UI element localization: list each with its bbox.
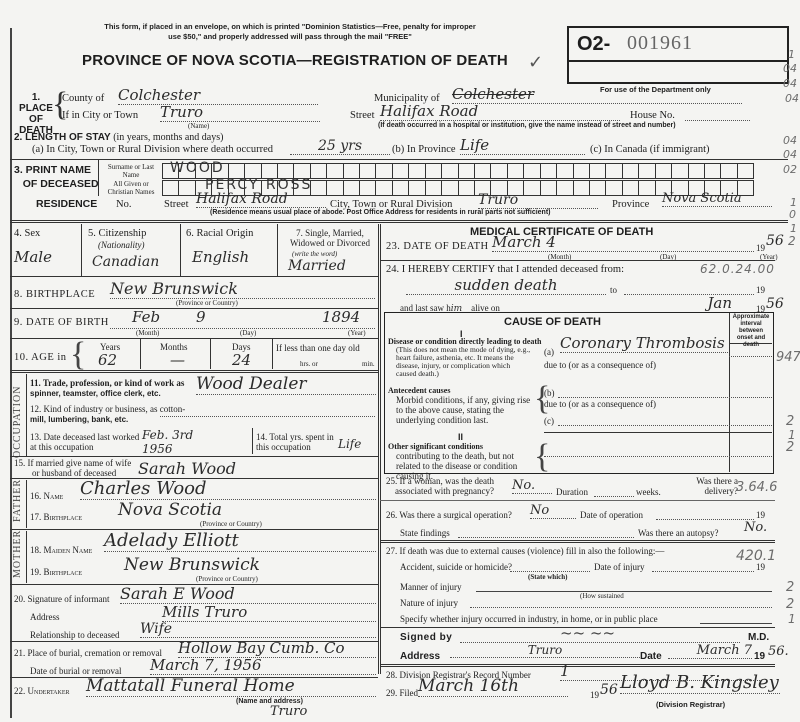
burial-date-value: March 7, 1956 (150, 656, 376, 675)
due-to-label: due to (or as a consequence of) (544, 360, 656, 370)
divider (544, 432, 772, 433)
burial-date-label: Date of burial or removal (30, 666, 121, 676)
q25-sub: associated with pregnancy? (395, 486, 494, 496)
father-birthplace-caption: (Province or Country) (200, 520, 262, 528)
q13-sub: at this occupation (30, 442, 93, 452)
mail-notice: This form, if placed in an envelope, on … (60, 22, 520, 42)
cause-of-death-title: CAUSE OF DEATH (504, 316, 601, 328)
city-label: If in City or Town (62, 110, 138, 121)
q26-value: No (530, 503, 576, 519)
divider (380, 500, 775, 501)
delivery-label: Was there a delivery? (684, 476, 738, 496)
father-birthplace-value: Nova Scotia (118, 500, 222, 520)
q11-label: 11. Trade, profession, or kind of work a… (30, 378, 184, 399)
q13-label: 13. Date deceased last workedat this occ… (30, 432, 139, 452)
date-of-operation-field (656, 519, 754, 520)
q15-title: 15. If married give name of wife (14, 458, 131, 468)
print-name-label: 3. PRINT NAME OF DECEASED (14, 163, 99, 191)
brace: { (70, 338, 86, 372)
given-names-label: All Given or Christian Names (102, 180, 160, 196)
q14-sub: this occupation (256, 442, 311, 452)
accident-field (510, 571, 590, 572)
cause-b-field (558, 397, 728, 398)
q14-label: 14. Total yrs. spent inthis occupation (256, 432, 334, 452)
divider (180, 224, 181, 276)
relationship-label: Relationship to deceased (30, 630, 119, 640)
physician-address-value: Truro (450, 643, 640, 658)
reg-prefix: O2- (577, 33, 610, 56)
date-of-injury-label: Date of injury (594, 562, 644, 572)
birthplace-caption: (Province or Country) (176, 299, 238, 307)
margin-code: 0 (789, 208, 796, 221)
mother-maiden-label: 18. Maiden Name (30, 545, 92, 555)
citizenship-value: Canadian (92, 254, 159, 270)
days-value: 24 (232, 351, 251, 369)
nineteen-label: 19 (756, 510, 765, 520)
antecedent-note: Morbid conditions, if any, giving rise t… (396, 395, 536, 425)
burial-place-label: 21. Place of burial, cremation or remova… (14, 648, 162, 658)
signed-by-label: Signed by (400, 632, 452, 643)
antecedent-label: Antecedent causes (388, 386, 450, 395)
last-saw-value: Jan (530, 294, 752, 313)
q25-title: 25. If a woman, was the death (386, 476, 494, 486)
q13-title: 13. Date deceased last worked (30, 432, 139, 442)
divider (210, 339, 211, 369)
date-of-death-value: March 4 (492, 233, 754, 252)
nature-of-injury-field (470, 607, 772, 608)
surname-label: Surname or Last Name (102, 163, 160, 179)
q12-label: 12. Kind of industry or business, as cot… (30, 404, 185, 425)
manner-of-injury-field (476, 591, 772, 592)
divider (729, 356, 772, 357)
q27-label: 27. If death was due to external causes … (386, 546, 664, 556)
physician-signature: ~~ ~~ (560, 624, 615, 642)
filed-label: 29. Filed (386, 688, 418, 698)
divider (26, 480, 27, 528)
state-which-caption: (State which) (528, 573, 567, 581)
md-label: M.D. (748, 632, 769, 643)
brace: { (534, 440, 550, 474)
q12-title: 12. Kind of industry or business, as cot… (30, 404, 185, 414)
stay-canada-label: (c) In Canada (if immigrant) (590, 144, 710, 155)
residence-city-value: Truro (478, 192, 598, 209)
injury-location-field (700, 623, 772, 624)
other-conditions-label: Other significant conditions (388, 442, 483, 451)
min-label: min. (362, 360, 375, 368)
certificate-date-label: Date (640, 651, 662, 662)
marital-status-label: 7. Single, Married, Widowed or Divorced (282, 228, 378, 248)
divider (729, 425, 772, 426)
date-of-death-label: 23. DATE OF DEATH (386, 241, 488, 252)
margin-code: 02 (783, 163, 797, 176)
margin-code: 04 (783, 77, 797, 90)
dob-label: 9. DATE OF BIRTH (14, 317, 109, 328)
mother-side-label: MOTHER (12, 534, 23, 578)
margin-code: 947 (776, 350, 800, 365)
department-box (567, 60, 789, 84)
duration-label: Duration (556, 487, 588, 497)
section-divider (10, 220, 788, 223)
years-value: 62 (98, 351, 117, 369)
house-no-field (685, 120, 750, 121)
divider (26, 374, 27, 456)
margin-code: 04 (785, 92, 799, 105)
racial-origin-value: English (192, 248, 249, 266)
certificate-date-value: March 7 (668, 643, 752, 659)
q14-value: Life (338, 437, 361, 451)
mail-notice-line2: use $50," and properly addressed will pa… (60, 32, 520, 42)
margin-code: 2 (788, 234, 796, 248)
informant-address-value: Mills Truro (162, 603, 376, 622)
q12-sub: mill, lumbering, bank, etc. (30, 415, 128, 424)
residence-province-value: Nova Scotia (662, 191, 772, 207)
informant-address-label: Address (30, 612, 60, 622)
informant-signature-value: Sarah E Wood (120, 584, 376, 604)
divider (81, 224, 82, 276)
residence-street-value: Halifax Road (196, 191, 326, 208)
month-caption: (Month) (136, 329, 159, 337)
mother-birthplace-value: New Brunswick (124, 555, 260, 575)
q26-label: 26. Was there a surgical operation? (386, 510, 512, 520)
length-of-stay-label: 2. LENGTH OF STAY (in years, months and … (14, 132, 223, 143)
pencil-code-delivery: 3.64.6 (736, 480, 777, 495)
margin-code: 04 (783, 148, 797, 161)
margin-code: 1 (788, 48, 795, 61)
margin-code: 2 (786, 580, 794, 595)
length-of-stay-note: (in years, months and days) (113, 132, 223, 143)
filed-value: March 16th (418, 676, 568, 697)
city-value: Truro (160, 103, 320, 122)
interval-column-divider (729, 313, 730, 472)
father-name-label: 16. Name (30, 491, 63, 501)
divider (10, 338, 378, 339)
divider (10, 456, 378, 457)
stay-province-value: Life (460, 136, 585, 155)
page-title: PROVINCE OF NOVA SCOTIA—REGISTRATION OF … (60, 52, 530, 69)
relationship-value: Wife (140, 621, 376, 638)
q11-sub: spinner, teamster, office clerk, etc. (30, 389, 161, 398)
margin-code: 1 (788, 612, 796, 626)
other-conditions-field (544, 456, 728, 457)
dob-day: 9 (196, 308, 206, 326)
county-label: County of (62, 93, 104, 104)
reg-number: 001961 (627, 32, 693, 55)
citizenship-label: 5. Citizenship (88, 228, 146, 239)
hospital-note: (If death occurred in a hospital or inst… (378, 122, 676, 129)
certify-label: 24. I HEREBY CERTIFY that I attended dec… (386, 264, 624, 275)
filed-year-prefix: 19 (590, 690, 599, 700)
cause-c-label: (c) (544, 416, 554, 426)
q14-title: 14. Total yrs. spent in (256, 432, 334, 442)
sex-value: Male (14, 248, 52, 266)
father-side-label: FATHER (12, 482, 23, 522)
undertaker-value: Mattatall Funeral Home (86, 676, 376, 697)
certificate-year: 56. (768, 644, 789, 659)
mother-maiden-value: Adelady Elliott (104, 530, 376, 552)
margin-code: 04 (783, 134, 797, 147)
length-of-stay-title: 2. LENGTH OF STAY (14, 132, 111, 143)
year-caption: (Year) (348, 329, 366, 337)
nineteen-label: 19 (756, 285, 765, 295)
certificate-year-prefix: 19 (754, 651, 765, 662)
racial-origin-label: 6. Racial Origin (186, 228, 253, 239)
street-value: Halifax Road (380, 102, 620, 121)
cause-b-label: (b) (544, 388, 555, 398)
father-birthplace-label: 17. Birthplace (30, 512, 82, 522)
accident-label: Accident, suicide or homicide? (400, 562, 512, 572)
cause-a-value: Coronary Thrombosis (560, 334, 728, 353)
divider (10, 159, 788, 160)
divider (140, 339, 141, 369)
injury-location-label: Specify whether injury occurred in indus… (400, 614, 658, 624)
residence-province-label: Province (612, 199, 649, 210)
attended-from-value: sudden death (406, 276, 606, 295)
divider (380, 540, 775, 543)
margin-code: 2 (786, 414, 794, 429)
registrar-caption: (Division Registrar) (656, 700, 725, 709)
divider (252, 428, 253, 454)
stay-province-label: (b) In Province (392, 144, 456, 155)
residence-street-label: Street (164, 199, 189, 210)
filed-year: 56 (600, 682, 618, 698)
undertaker-label: 22. Undertaker (14, 686, 70, 696)
informant-signature-label: 20. Signature of informant (14, 594, 109, 604)
left-border (10, 28, 12, 718)
check-mark: ✓ (528, 52, 543, 73)
margin-code: 04 (783, 62, 797, 75)
birthplace-label: 8. BIRTHPLACE (14, 289, 95, 300)
q11-title: 11. Trade, profession, or kind of work a… (30, 378, 184, 388)
divider (729, 456, 772, 457)
age-label: 10. AGE in (14, 352, 67, 363)
date-of-operation-label: Date of operation (580, 510, 643, 520)
margin-code: 2 (786, 597, 794, 612)
autopsy-value: No. (744, 520, 767, 535)
mother-birthplace-caption: (Province or Country) (196, 575, 258, 583)
undertaker-city: Truro (270, 704, 307, 719)
divider (272, 339, 273, 369)
q25-label: 25. If a woman, was the death associated… (386, 476, 494, 496)
divider (26, 531, 27, 583)
surname-value: WOOD (170, 160, 225, 176)
dob-month: Feb (132, 308, 160, 326)
name-caption: (Name) (188, 122, 209, 130)
sex-label: 4. Sex (14, 228, 40, 239)
q13-value: Feb. 3rd 1956 (142, 428, 212, 457)
occupation-side-label: OCCUPATION (12, 378, 23, 458)
cause-a-label: (a) (544, 347, 554, 357)
registrar-signature: Lloyd B. Kingsley (620, 672, 780, 694)
mother-birthplace-label: 19. Birthplace (30, 567, 82, 577)
q11-value: Wood Dealer (196, 374, 376, 395)
marital-status-sub: (write the word) (292, 250, 337, 258)
house-no-label: House No. (630, 110, 675, 121)
residence-no-label: No. (116, 199, 131, 210)
residence-label: RESIDENCE (36, 198, 97, 210)
less-than-day-label: If less than one day old (276, 343, 360, 353)
father-name-value: Charles Wood (80, 478, 376, 500)
street-label: Street (350, 110, 375, 121)
day-caption: (Day) (240, 329, 256, 337)
birthplace-value: New Brunswick (110, 279, 375, 299)
due-to-label-2: due to (or as a consequence of) (544, 399, 656, 409)
autopsy-label: Was there an autopsy? (638, 528, 719, 538)
q12-value (160, 416, 375, 417)
registration-number-box: O2- 001961 (567, 26, 789, 62)
hrs-label: hrs. or (300, 360, 318, 368)
weeks-label: weeks. (636, 487, 661, 497)
marital-status-value: Married (288, 258, 346, 274)
mail-notice-line1: This form, if placed in an envelope, on … (60, 22, 520, 32)
death-year: 56 (766, 233, 784, 249)
death-year-prefix: 19 (756, 243, 765, 253)
dob-year: 1894 (322, 308, 360, 326)
direct-cause-note: (This does not mean the mode of dying, e… (396, 346, 532, 378)
q25-value: No. (512, 478, 552, 494)
q15-value: Sarah Wood (138, 459, 376, 479)
cause-c-field (558, 425, 728, 426)
duration-field (594, 496, 634, 497)
divider (729, 397, 772, 398)
state-findings-field (458, 537, 634, 538)
physician-address-label: Address (400, 651, 440, 662)
q15-label: 15. If married give name of wife or husb… (14, 458, 131, 478)
date-of-injury-field (652, 571, 754, 572)
divider (10, 276, 378, 277)
divider (277, 224, 278, 276)
citizenship-sub: (Nationality) (98, 240, 145, 250)
state-findings-label: State findings (400, 528, 450, 538)
margin-code: 2 (786, 440, 794, 455)
q15-sub: or husband of deceased (32, 468, 116, 478)
nature-of-injury-label: Nature of injury (400, 598, 458, 608)
column-divider (378, 224, 381, 674)
residence-note: (Residence means usual place of abode. P… (210, 209, 551, 216)
nineteen-label: 19 (756, 562, 765, 572)
divider (729, 343, 772, 344)
manner-of-injury-label: Manner of injury (400, 582, 461, 592)
stay-city-label: (a) In City, Town or Rural Division wher… (32, 144, 273, 155)
months-value: — (170, 351, 185, 369)
stay-city-value: 25 yrs (290, 138, 390, 155)
pencil-code-age: 62.0.24.00 (700, 262, 775, 276)
how-sustained-caption: (How sustained (580, 592, 624, 600)
divider (380, 260, 775, 261)
part-ii-label: II (458, 432, 463, 442)
last-saw-year: 56 (766, 296, 784, 312)
divider (10, 370, 378, 373)
divider (98, 160, 99, 196)
